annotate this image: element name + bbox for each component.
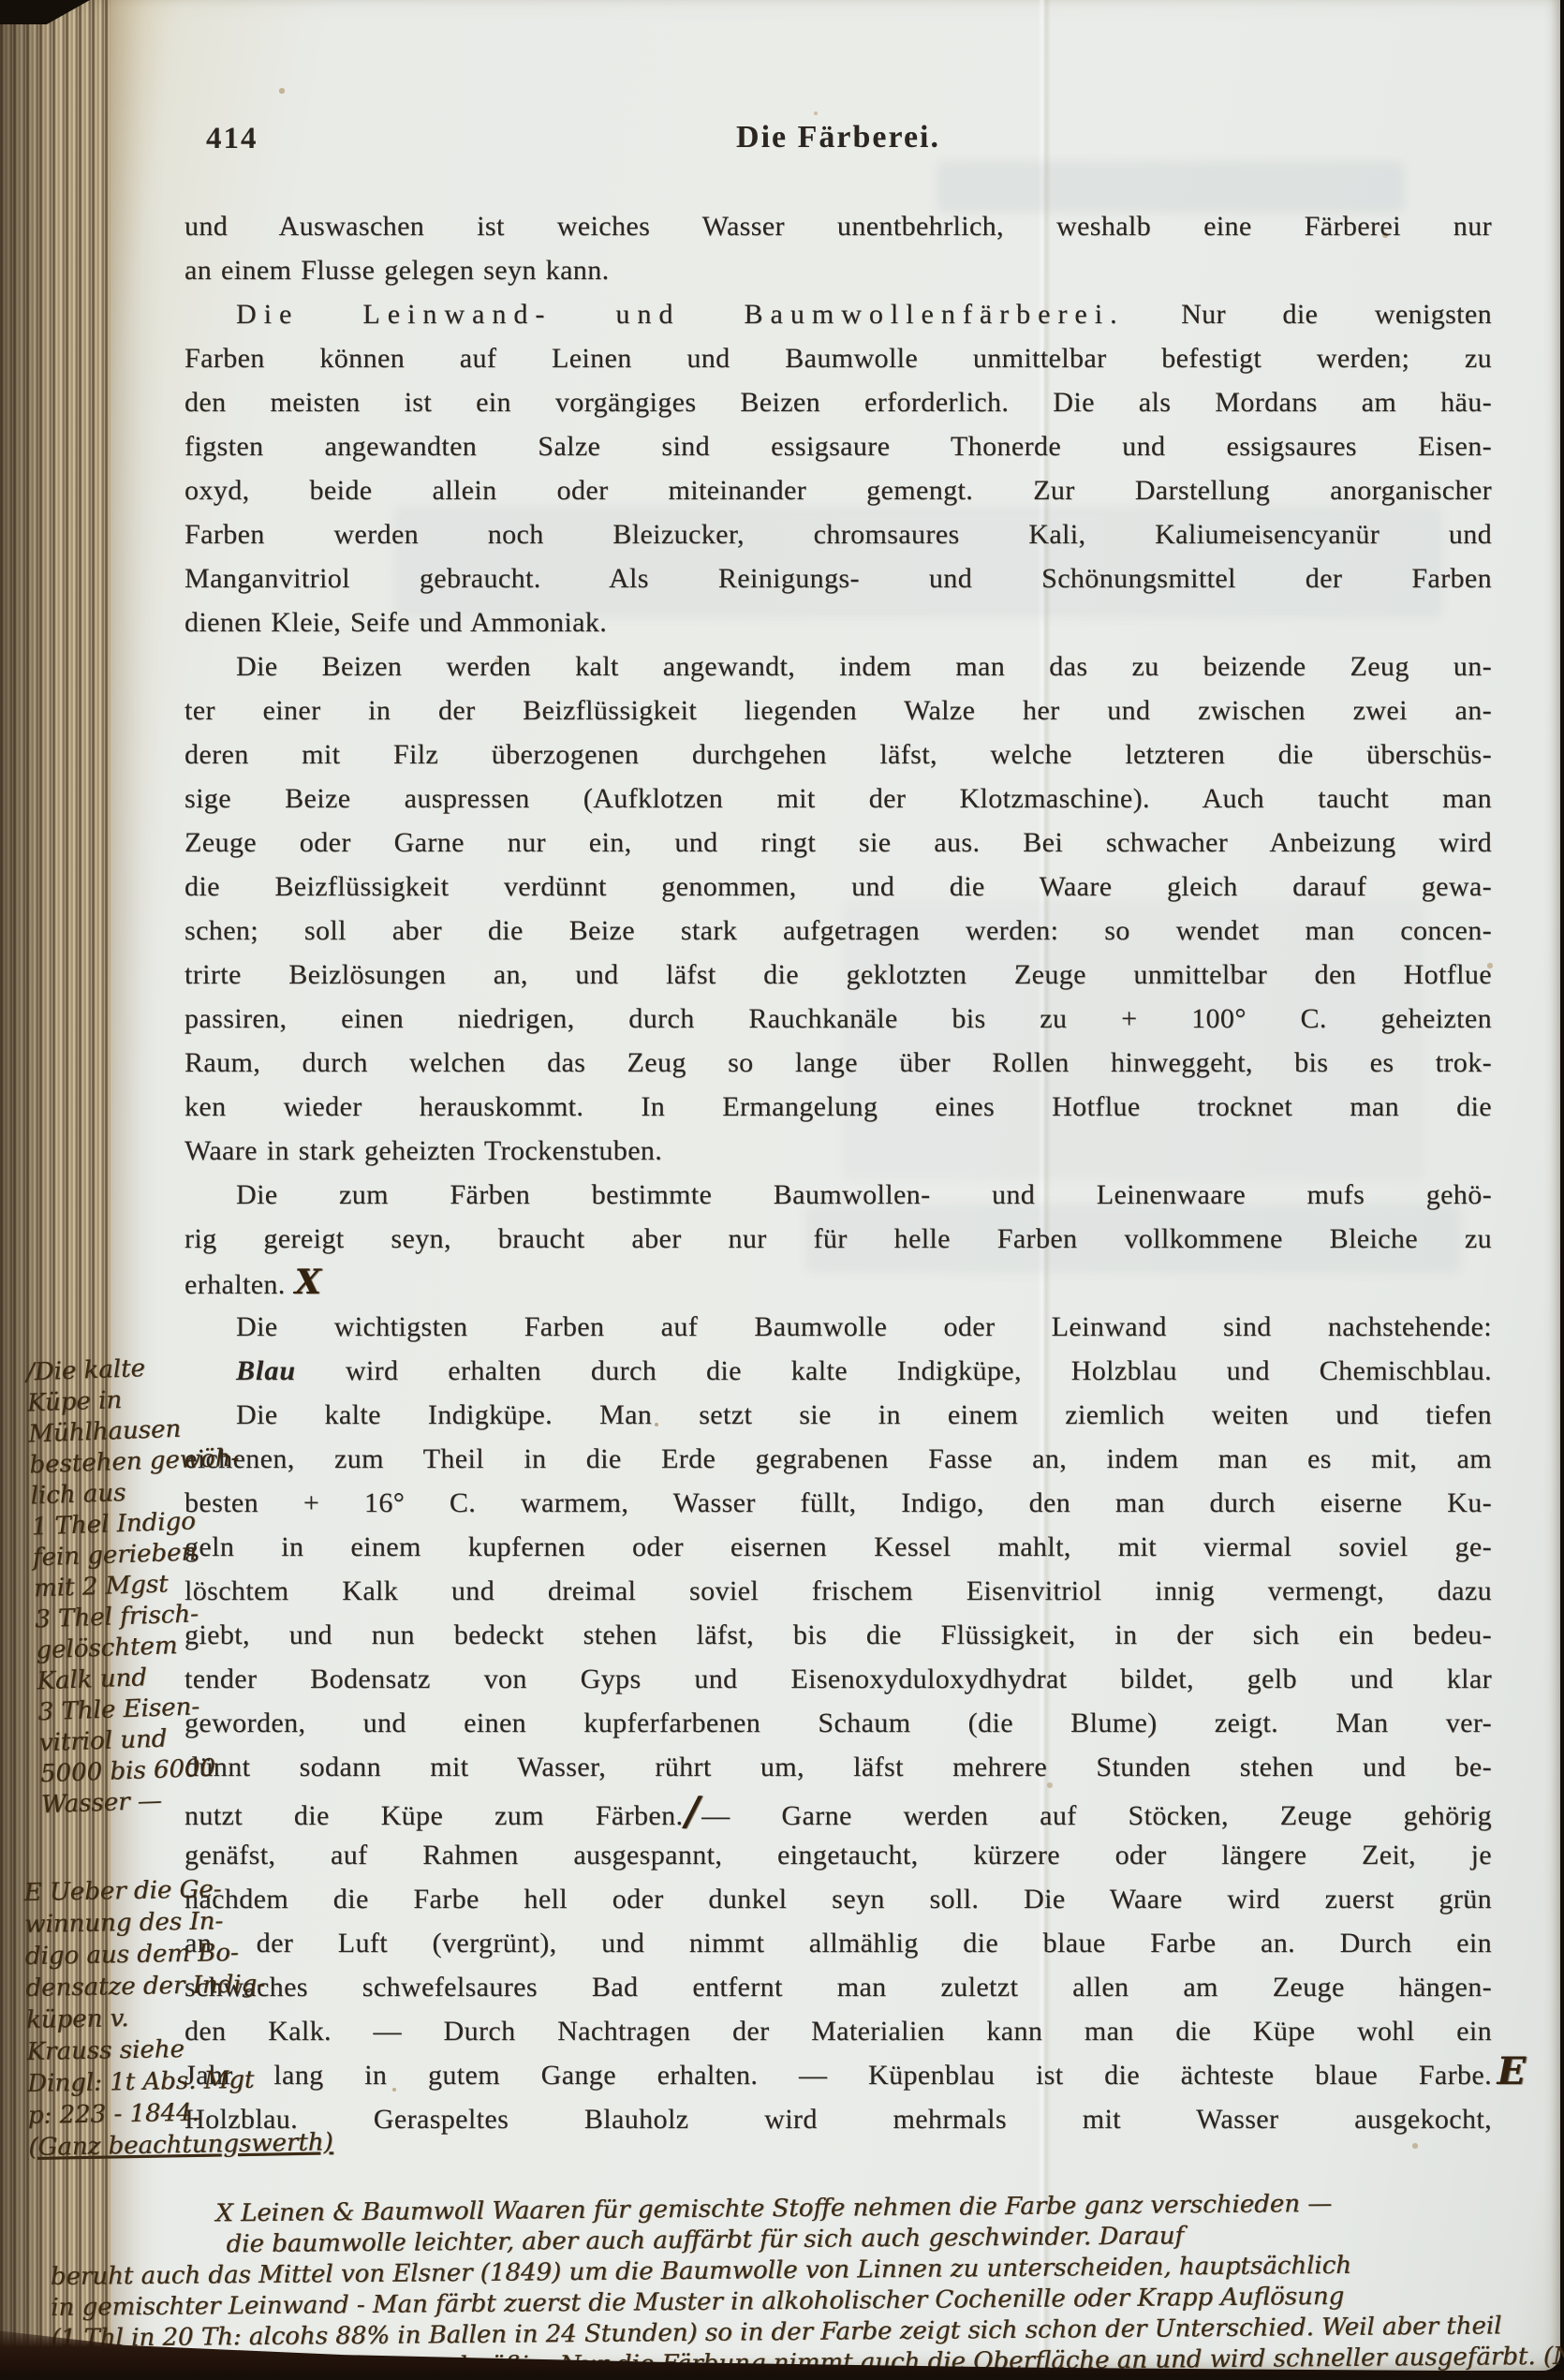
printed-line: löschtem Kalk und dreimal soviel frische… bbox=[184, 1569, 1492, 1613]
handwriting-line: winnung des In- bbox=[24, 1905, 241, 1941]
printed-line: den Kalk. — Durch Nachtragen der Materia… bbox=[184, 2009, 1492, 2053]
paper-specks bbox=[0, 0, 2, 2]
printed-line: Die kalte Indigküpe. Man setzt sie in ei… bbox=[184, 1393, 1492, 1437]
handwriting-line: p: 223 - 1844. bbox=[28, 2096, 244, 2132]
heading-rest: Nur die wenigsten bbox=[1125, 299, 1492, 330]
handwriting-line: digo aus dem Bo- bbox=[25, 1937, 242, 1973]
line-text: nutzt die Küpe zum Färben. bbox=[184, 1800, 683, 1831]
printed-line: oxyd, beide allein oder miteinander geme… bbox=[184, 468, 1492, 512]
paragraph-block: und Auswaschen ist weiches Wasser unentb… bbox=[184, 204, 1492, 292]
printed-line: tender Bodensatz von Gyps und Eisenoxydu… bbox=[184, 1657, 1492, 1701]
handwritten-margin-note-recipe: /Die kalteKüpe inMühlhausenbestehen gewö… bbox=[25, 1352, 225, 1822]
printed-line: giebt, und nun bedeckt stehen läfst, bis… bbox=[184, 1613, 1492, 1657]
printed-line-with-e-mark: Jahr lang in gutem Gange erhalten. — Küp… bbox=[184, 2053, 1492, 2097]
printed-line: Die Beizen werden kalt angewandt, indem … bbox=[184, 644, 1492, 688]
printed-line: schen; soll aber die Beize stark aufgetr… bbox=[184, 909, 1492, 953]
printed-line: sige Beize auspressen (Aufklotzen mit de… bbox=[184, 776, 1492, 820]
printed-line: ter einer in der Beizflüssigkeit liegend… bbox=[184, 688, 1492, 732]
book-photo: 414 Die Färberei. und Auswaschen ist wei… bbox=[0, 0, 1564, 2380]
handwriting-line: 3 Thle Eisen- bbox=[37, 1692, 222, 1729]
printed-line-with-annotation: erhalten.X bbox=[184, 1261, 1492, 1305]
printed-line: und Auswaschen ist weiches Wasser unentb… bbox=[184, 204, 1492, 248]
printed-line: Raum, durch welchen das Zeug so lange üb… bbox=[184, 1041, 1492, 1085]
handwriting-line: Wasser — bbox=[41, 1783, 226, 1821]
line-rest: — Garne werden auf Stöcken, Zeuge gehöri… bbox=[701, 1800, 1492, 1831]
printed-line: Die zum Färben bestimmte Baumwollen- und… bbox=[184, 1173, 1492, 1217]
paragraph-block: Die wichtigsten Farben auf Baumwolle ode… bbox=[184, 1305, 1492, 1349]
handwritten-slash-mark: / bbox=[685, 1788, 700, 1834]
printed-line: geworden, und einen kupferfarbenen Schau… bbox=[184, 1701, 1492, 1745]
printed-line: Farben werden noch Bleizucker, chromsaur… bbox=[184, 512, 1492, 556]
handwriting-line: densatze der Indig- bbox=[25, 1969, 242, 2004]
printed-line: deren mit Filz überzogenen durchgehen lä… bbox=[184, 732, 1492, 776]
handwriting-line: 5000 bis 6000 bbox=[39, 1752, 224, 1790]
line-text: erhalten. bbox=[184, 1269, 286, 1300]
printed-line: trirte Beizlösungen an, und läfst die ge… bbox=[184, 953, 1492, 997]
handwriting-line: Dingl: 1t Abs. Mgt bbox=[27, 2064, 243, 2100]
handwriting-line: 3 Thel frisch- bbox=[35, 1599, 219, 1636]
handwritten-margin-note-reference: E Ueber die Ge-winnung des In-digo aus d… bbox=[23, 1873, 243, 2164]
printed-line: rig gereigt seyn, braucht aber nur für h… bbox=[184, 1217, 1492, 1261]
handwritten-e-mark: E bbox=[1498, 2049, 1525, 2093]
printed-line: schwaches schwefelsaures Bad entfernt ma… bbox=[184, 1965, 1492, 2009]
printed-line: nachdem die Farbe hell oder dunkel seyn … bbox=[184, 1877, 1492, 1921]
printed-line: an einem Flusse gelegen seyn kann. bbox=[184, 248, 1492, 292]
handwriting-line: küpen v. bbox=[26, 2001, 243, 2036]
paragraph-block: genäfst, auf Rahmen ausgespannt, eingeta… bbox=[184, 1833, 1492, 2053]
printed-line: Holzblau. Geraspeltes Blauholz wird mehr… bbox=[184, 2097, 1492, 2141]
printed-line-section-heading: Die Leinwand- und Baumwollenfärberei. Nu… bbox=[184, 292, 1492, 336]
running-title: Die Färberei. bbox=[184, 120, 1492, 155]
paragraph-block: Holzblau. Geraspeltes Blauholz wird mehr… bbox=[184, 2097, 1492, 2141]
spaced-heading: Die Leinwand- und Baumwollenfärberei. bbox=[236, 299, 1125, 330]
handwriting-line: fein gerieben bbox=[32, 1537, 216, 1574]
paragraph-block: Farben können auf Leinen und Baumwolle u… bbox=[184, 336, 1492, 1261]
handwriting-line: bestehen gewöh- bbox=[29, 1444, 214, 1482]
printed-line: passiren, einen niedrigen, durch Rauchka… bbox=[184, 997, 1492, 1041]
line-rest: wird erhalten durch die kalte Indigküpe,… bbox=[296, 1355, 1492, 1386]
paragraph-block: Die kalte Indigküpe. Man setzt sie in ei… bbox=[184, 1393, 1492, 1789]
handwriting-line: E Ueber die Ge- bbox=[23, 1873, 240, 1909]
printed-line-with-slash: nutzt die Küpe zum Färben./— Garne werde… bbox=[184, 1789, 1492, 1833]
printed-line: genäfst, auf Rahmen ausgespannt, eingeta… bbox=[184, 1833, 1492, 1877]
printed-line: Waare in stark geheizten Trockenstuben. bbox=[184, 1129, 1492, 1173]
printed-line: eichenen, zum Theil in die Erde gegraben… bbox=[184, 1437, 1492, 1481]
handwritten-x-mark: X bbox=[286, 1263, 321, 1302]
italic-keyword: Blau bbox=[236, 1355, 296, 1386]
handwritten-bottom-note: X Leinen & Baumwoll Waaren für gemischte… bbox=[42, 2187, 1556, 2380]
printed-line-blau: Blau wird erhalten durch die kalte Indig… bbox=[184, 1349, 1492, 1393]
printed-line: Zeuge oder Garne nur ein, und ringt sie … bbox=[184, 820, 1492, 865]
printed-line: geln in einem kupfernen oder eisernen Ke… bbox=[184, 1525, 1492, 1569]
printed-line: Farben können auf Leinen und Baumwolle u… bbox=[184, 336, 1492, 380]
printed-line: Die wichtigsten Farben auf Baumwolle ode… bbox=[184, 1305, 1492, 1349]
printed-line: besten + 16° C. warmem, Wasser füllt, In… bbox=[184, 1481, 1492, 1525]
printed-line: figsten angewandten Salze sind essigsaur… bbox=[184, 424, 1492, 468]
printed-line: Manganvitriol gebraucht. Als Reinigungs-… bbox=[184, 556, 1492, 600]
handwriting-line: Krauss siehe bbox=[26, 2033, 243, 2068]
printed-line: ken wieder herauskommt. In Ermangelung e… bbox=[184, 1085, 1492, 1129]
printed-line: dienen Kleie, Seife und Ammoniak. bbox=[184, 600, 1492, 644]
handwriting-line: (Ganz beachtungswerth) bbox=[28, 2128, 244, 2164]
printed-text-column: und Auswaschen ist weiches Wasser unentb… bbox=[184, 204, 1492, 2141]
line-text: Jahr lang in gutem Gange erhalten. — Küp… bbox=[184, 2060, 1492, 2091]
printed-line: dünnt sodann mit Wasser, rührt um, läfst… bbox=[184, 1745, 1492, 1789]
printed-line: den meisten ist ein vorgängiges Beizen e… bbox=[184, 380, 1492, 424]
printed-line: an der Luft (vergrünt), und nimmt allmäh… bbox=[184, 1921, 1492, 1965]
printed-line: die Beizflüssigkeit verdünnt genommen, u… bbox=[184, 865, 1492, 909]
